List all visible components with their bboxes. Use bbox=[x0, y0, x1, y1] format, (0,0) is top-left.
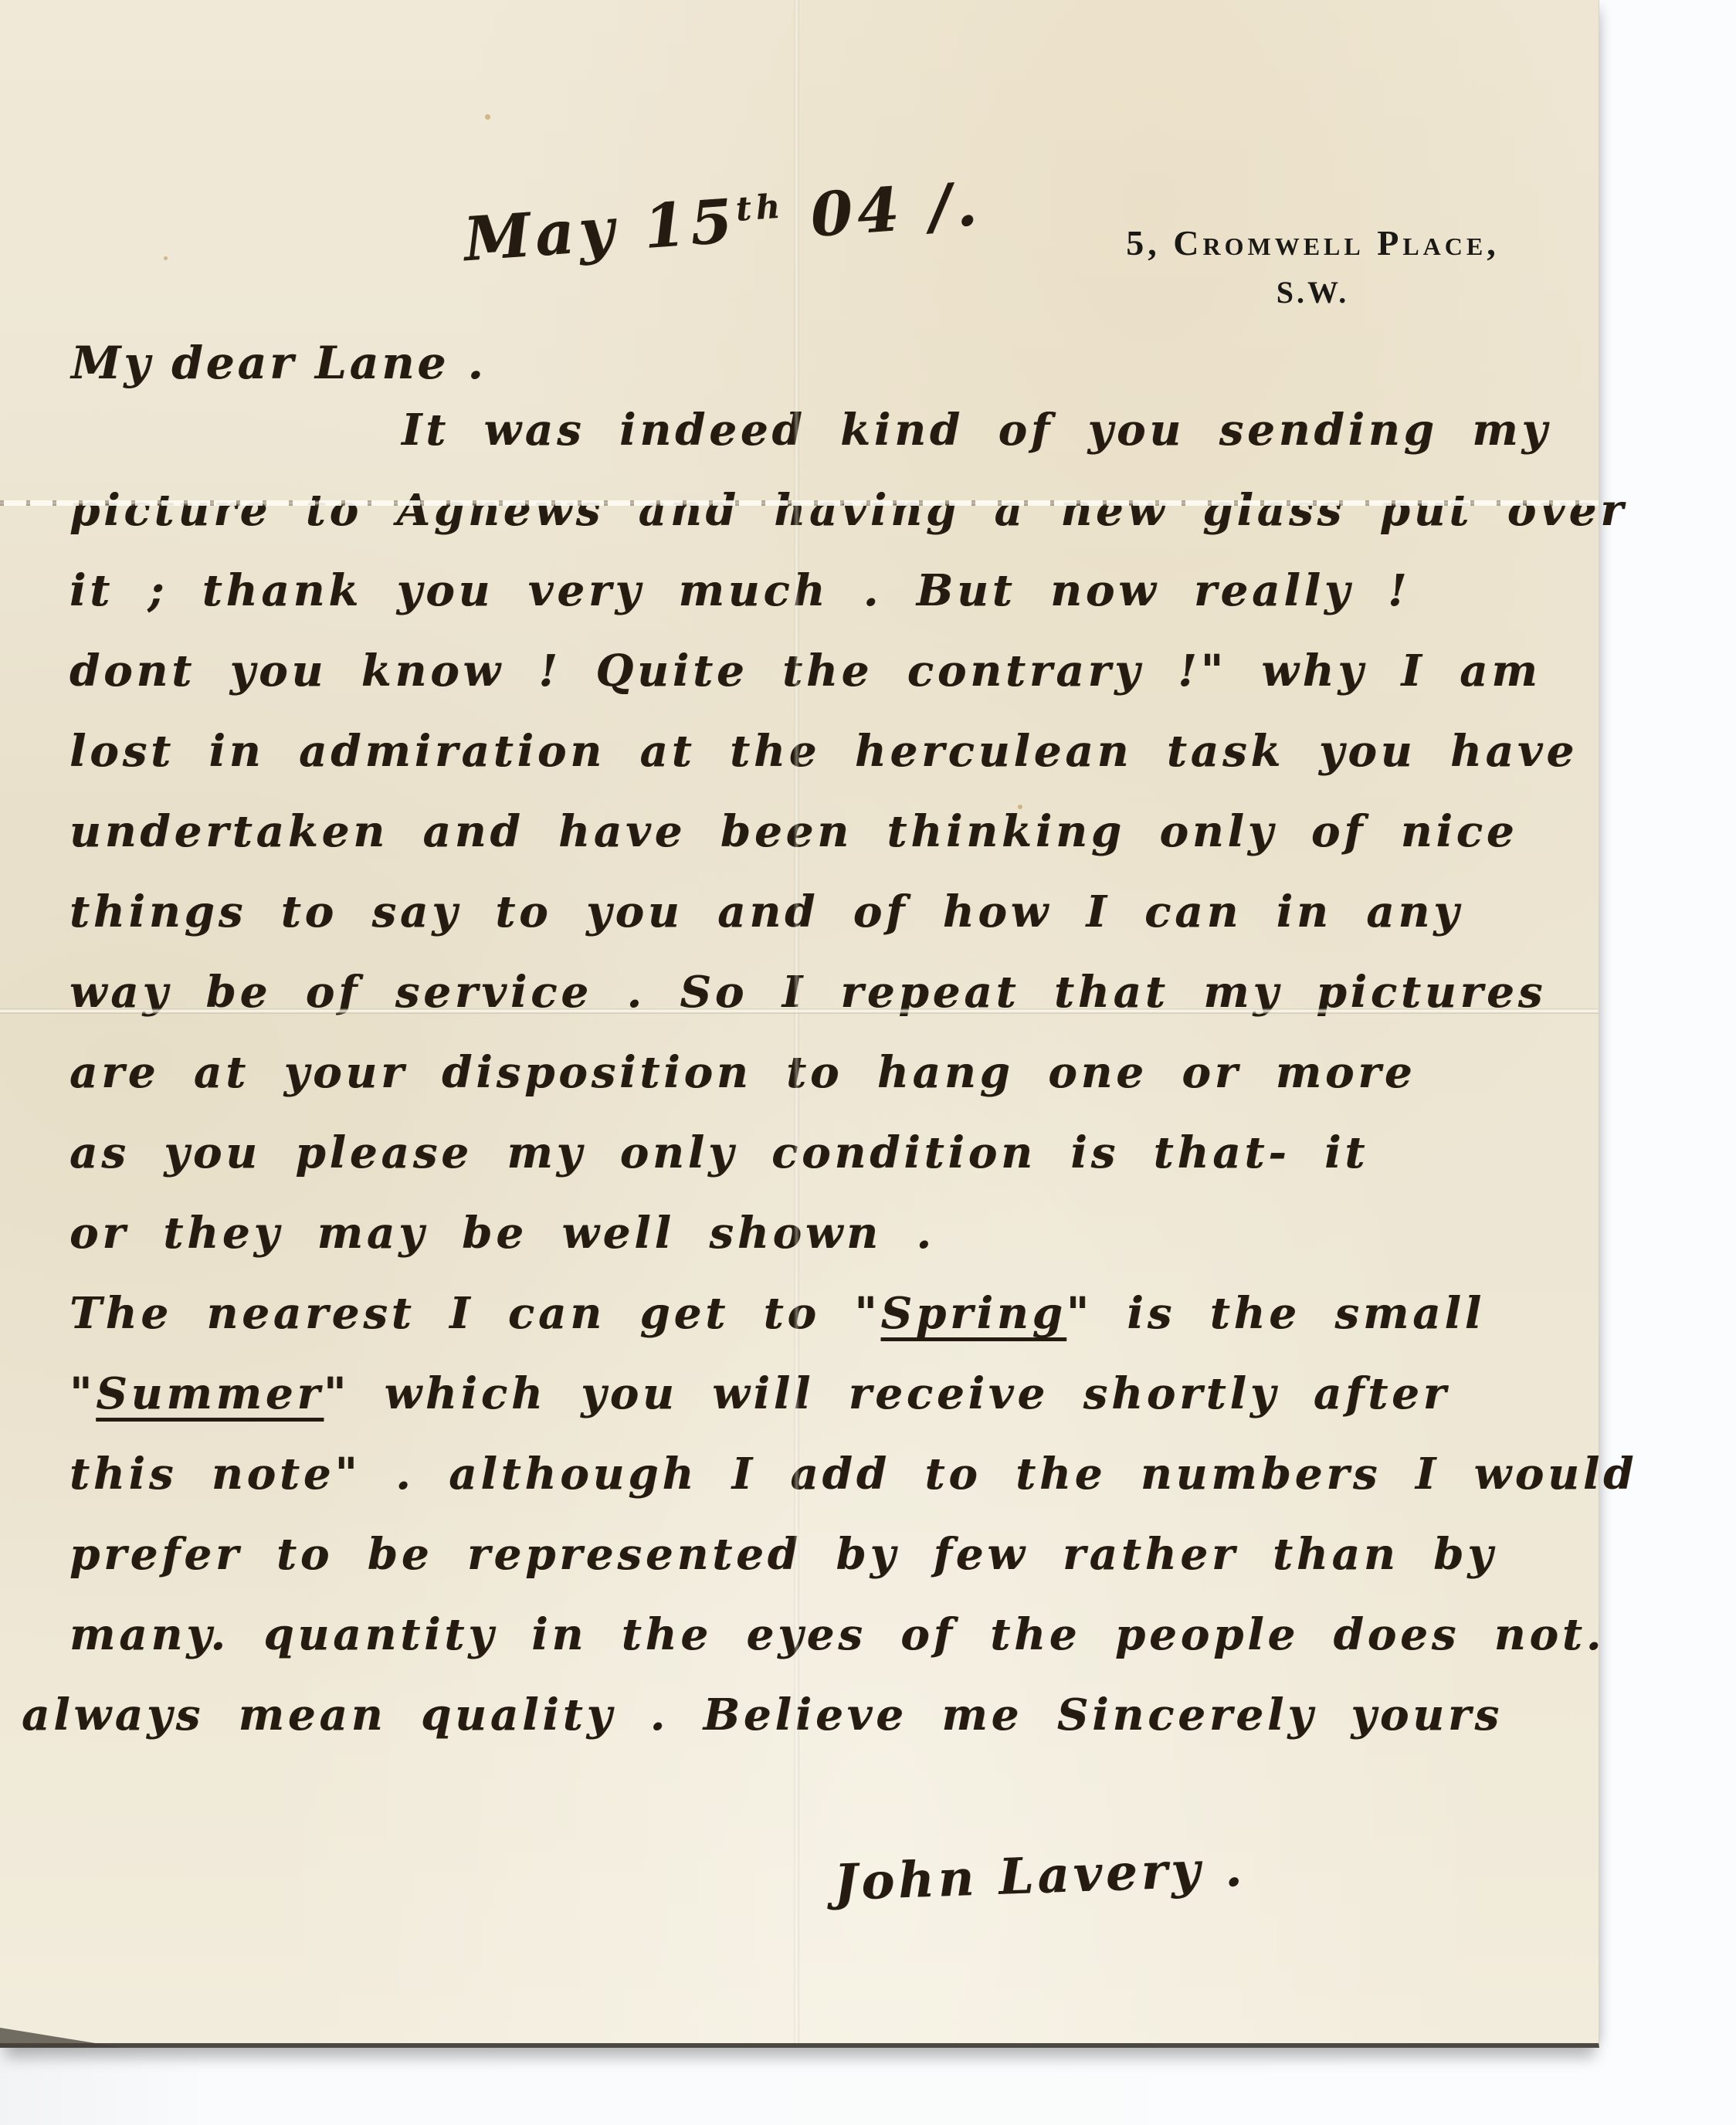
date-ordinal-suffix: th bbox=[734, 187, 785, 229]
letter-line: as you please my only condition is that-… bbox=[70, 1113, 1606, 1193]
printed-letterhead: 5, Cromwell Place, S.W. bbox=[1112, 222, 1514, 310]
paper-speck bbox=[485, 114, 490, 120]
date-suffix: 04 /. bbox=[783, 169, 984, 253]
underlined-word: Summer bbox=[96, 1368, 324, 1419]
letter-line: always mean quality . Believe me Sincere… bbox=[22, 1675, 1606, 1755]
letter-line: are at your disposition to hang one or m… bbox=[70, 1032, 1606, 1113]
letter-line: The nearest I can get to "Spring" is the… bbox=[70, 1273, 1606, 1354]
letterhead-address: 5, Cromwell Place, bbox=[1112, 222, 1514, 263]
letter-line: many. quantity in the eyes of the people… bbox=[70, 1595, 1606, 1675]
letter-line: way be of service . So I repeat that my … bbox=[70, 952, 1606, 1032]
letter-body: It was indeed kind of you sending mypict… bbox=[70, 390, 1606, 1755]
salutation: My dear Lane . bbox=[71, 337, 487, 389]
paper-speck bbox=[164, 256, 168, 260]
letter-line: it ; thank you very much . But now reall… bbox=[70, 551, 1606, 631]
letterhead-postal-district: S.W. bbox=[1112, 274, 1514, 310]
scanner-background: May 15th 04 /. 5, Cromwell Place, S.W. M… bbox=[0, 0, 1736, 2125]
letter-line: prefer to be represented by few rather t… bbox=[70, 1514, 1606, 1595]
letter-line: picture to Agnews and having a new glass… bbox=[70, 470, 1606, 551]
letter-line: this note" . although I add to the numbe… bbox=[70, 1434, 1606, 1514]
underlined-word: Spring bbox=[881, 1288, 1066, 1339]
letter-line: It was indeed kind of you sending my bbox=[70, 390, 1606, 470]
letter-line: or they may be well shown . bbox=[70, 1193, 1606, 1273]
letter-line: undertaken and have been thinking only o… bbox=[70, 791, 1606, 872]
letter-line: lost in admiration at the herculean task… bbox=[70, 711, 1606, 791]
letter-line: dont you know ! Quite the contrary !" wh… bbox=[70, 631, 1606, 711]
letter-line: "Summer" which you will receive shortly … bbox=[70, 1354, 1606, 1434]
letter-line: things to say to you and of how I can in… bbox=[70, 872, 1606, 952]
